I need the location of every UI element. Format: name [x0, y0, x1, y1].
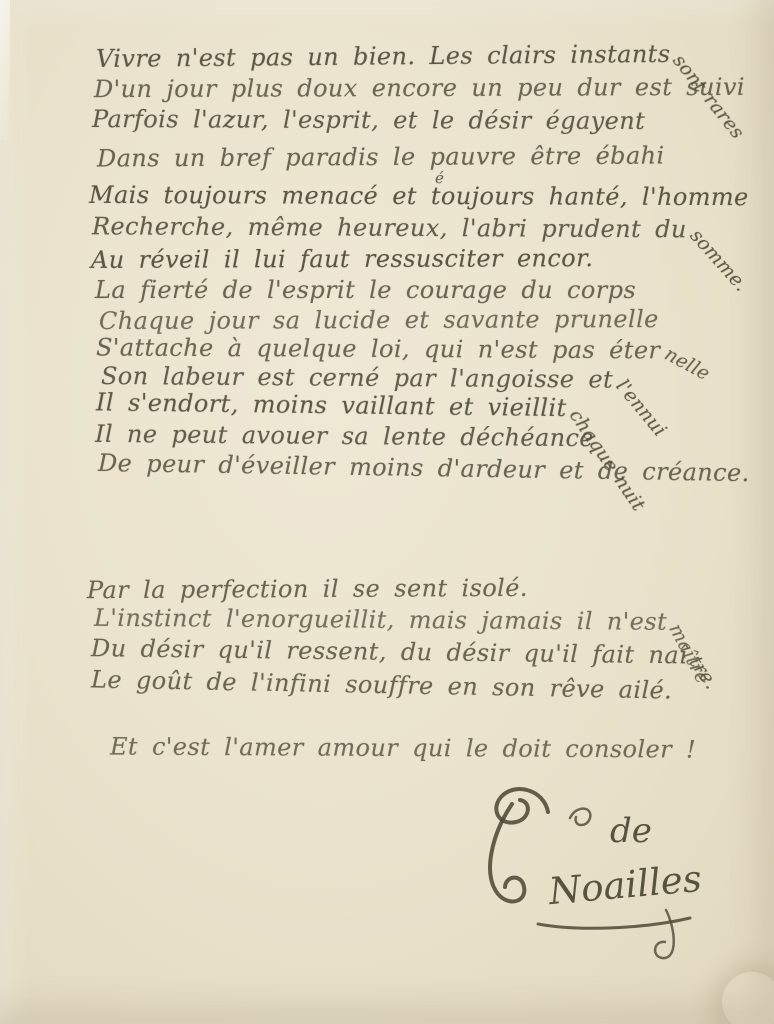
line-text: Au réveil il lui faut ressusciter encor.	[91, 244, 593, 274]
line-text: Il ne peut avouer sa lente déchéance	[95, 420, 594, 452]
poem-line: Par la perfection il se sent isolé.	[87, 576, 528, 602]
poem-line: L'instinct l'enorgueillit, mais jamais i…	[94, 606, 737, 634]
line-tail-curved: somme.	[686, 226, 751, 295]
poem-line: Du désir qu'il ressent, du désir qu'il f…	[91, 636, 727, 668]
poem-line: D'un jour plus doux encore un peu dur es…	[94, 75, 745, 101]
poem-line: Et c'est l'amer amour qui le doit consol…	[110, 734, 696, 761]
line-text: D'un jour plus doux encore un peu dur es…	[94, 73, 745, 103]
inserted-correction: é	[435, 171, 444, 186]
poem-line: Au réveil il lui faut ressusciter encor.	[91, 246, 593, 272]
poem-line: Il ne peut avouer sa lente déchéance	[95, 422, 594, 450]
line-text: Vivre n'est pas un bien. Les clairs inst…	[96, 40, 671, 73]
line-text: Mais toujours menacé et toujours hanté, …	[89, 181, 749, 211]
poem-line: Chaque jour sa lucide et savante prunell…	[99, 307, 659, 333]
poem-line: Vivre n'est pas un bien. Les clairs inst…	[96, 41, 774, 71]
line-text: Du désir qu'il ressent, du désir qu'il f…	[91, 634, 687, 669]
poem-line: S'attache à quelque loi, qui n'est pas é…	[96, 335, 713, 362]
poem-line: Mais toujours menacé et toujours hanté, …	[89, 183, 749, 209]
paper-edge-highlight	[0, 0, 10, 140]
poem-line: Dans un bref paradis le pauvre être ébah…	[97, 144, 665, 171]
line-text: Dans un bref paradis le pauvre être ébah…	[97, 142, 665, 173]
line-text: Par la perfection il se sent isolé.	[87, 574, 528, 604]
signature-block: de Noailles	[452, 776, 762, 991]
poem-line: Parfois l'azur, l'esprit, et le désir ég…	[92, 107, 645, 133]
line-text: Parfois l'azur, l'esprit, et le désir ég…	[92, 105, 645, 135]
line-text: La fierté de l'esprit le courage du corp…	[95, 276, 636, 304]
line-tail-curved: tre.	[686, 653, 721, 692]
signature-tail-flourish	[655, 910, 674, 958]
line-text: Il s'endort, moins vaillant et vieillit	[96, 388, 567, 422]
line-text: Chaque jour sa lucide et savante prunell…	[99, 305, 659, 335]
poem-line: La fierté de l'esprit le courage du corp…	[95, 278, 636, 302]
poem-line: Son labeur est cerné par l'angoisse etl'…	[101, 364, 685, 392]
line-text: Et c'est l'amer amour qui le doit consol…	[110, 732, 696, 763]
signature-underline	[538, 918, 690, 928]
line-text: S'attache à quelque loi, qui n'est pas é…	[96, 333, 660, 364]
line-text: L'instinct l'enorgueillit, mais jamais i…	[94, 604, 667, 636]
line-text: Le goût de l'infini souffre en son rêve …	[91, 665, 673, 704]
signature-particle: de	[610, 811, 652, 851]
poem-line: Recherche, même heureux, l'abri prudent …	[92, 214, 768, 242]
signature-name: Noailles	[546, 857, 703, 913]
manuscript-page: Vivre n'est pas un bien. Les clairs inst…	[0, 0, 774, 1024]
line-text: Recherche, même heureux, l'abri prudent …	[92, 212, 687, 243]
poem-line: Le goût de l'infini souffre en son rêve …	[91, 667, 673, 702]
poem-line: De peur d'éveiller moins d'ardeur et de …	[98, 451, 750, 485]
line-text: De peur d'éveiller moins d'ardeur et de …	[98, 449, 750, 487]
poem-line: Il s'endort, moins vaillant et vieillitc…	[96, 390, 690, 421]
